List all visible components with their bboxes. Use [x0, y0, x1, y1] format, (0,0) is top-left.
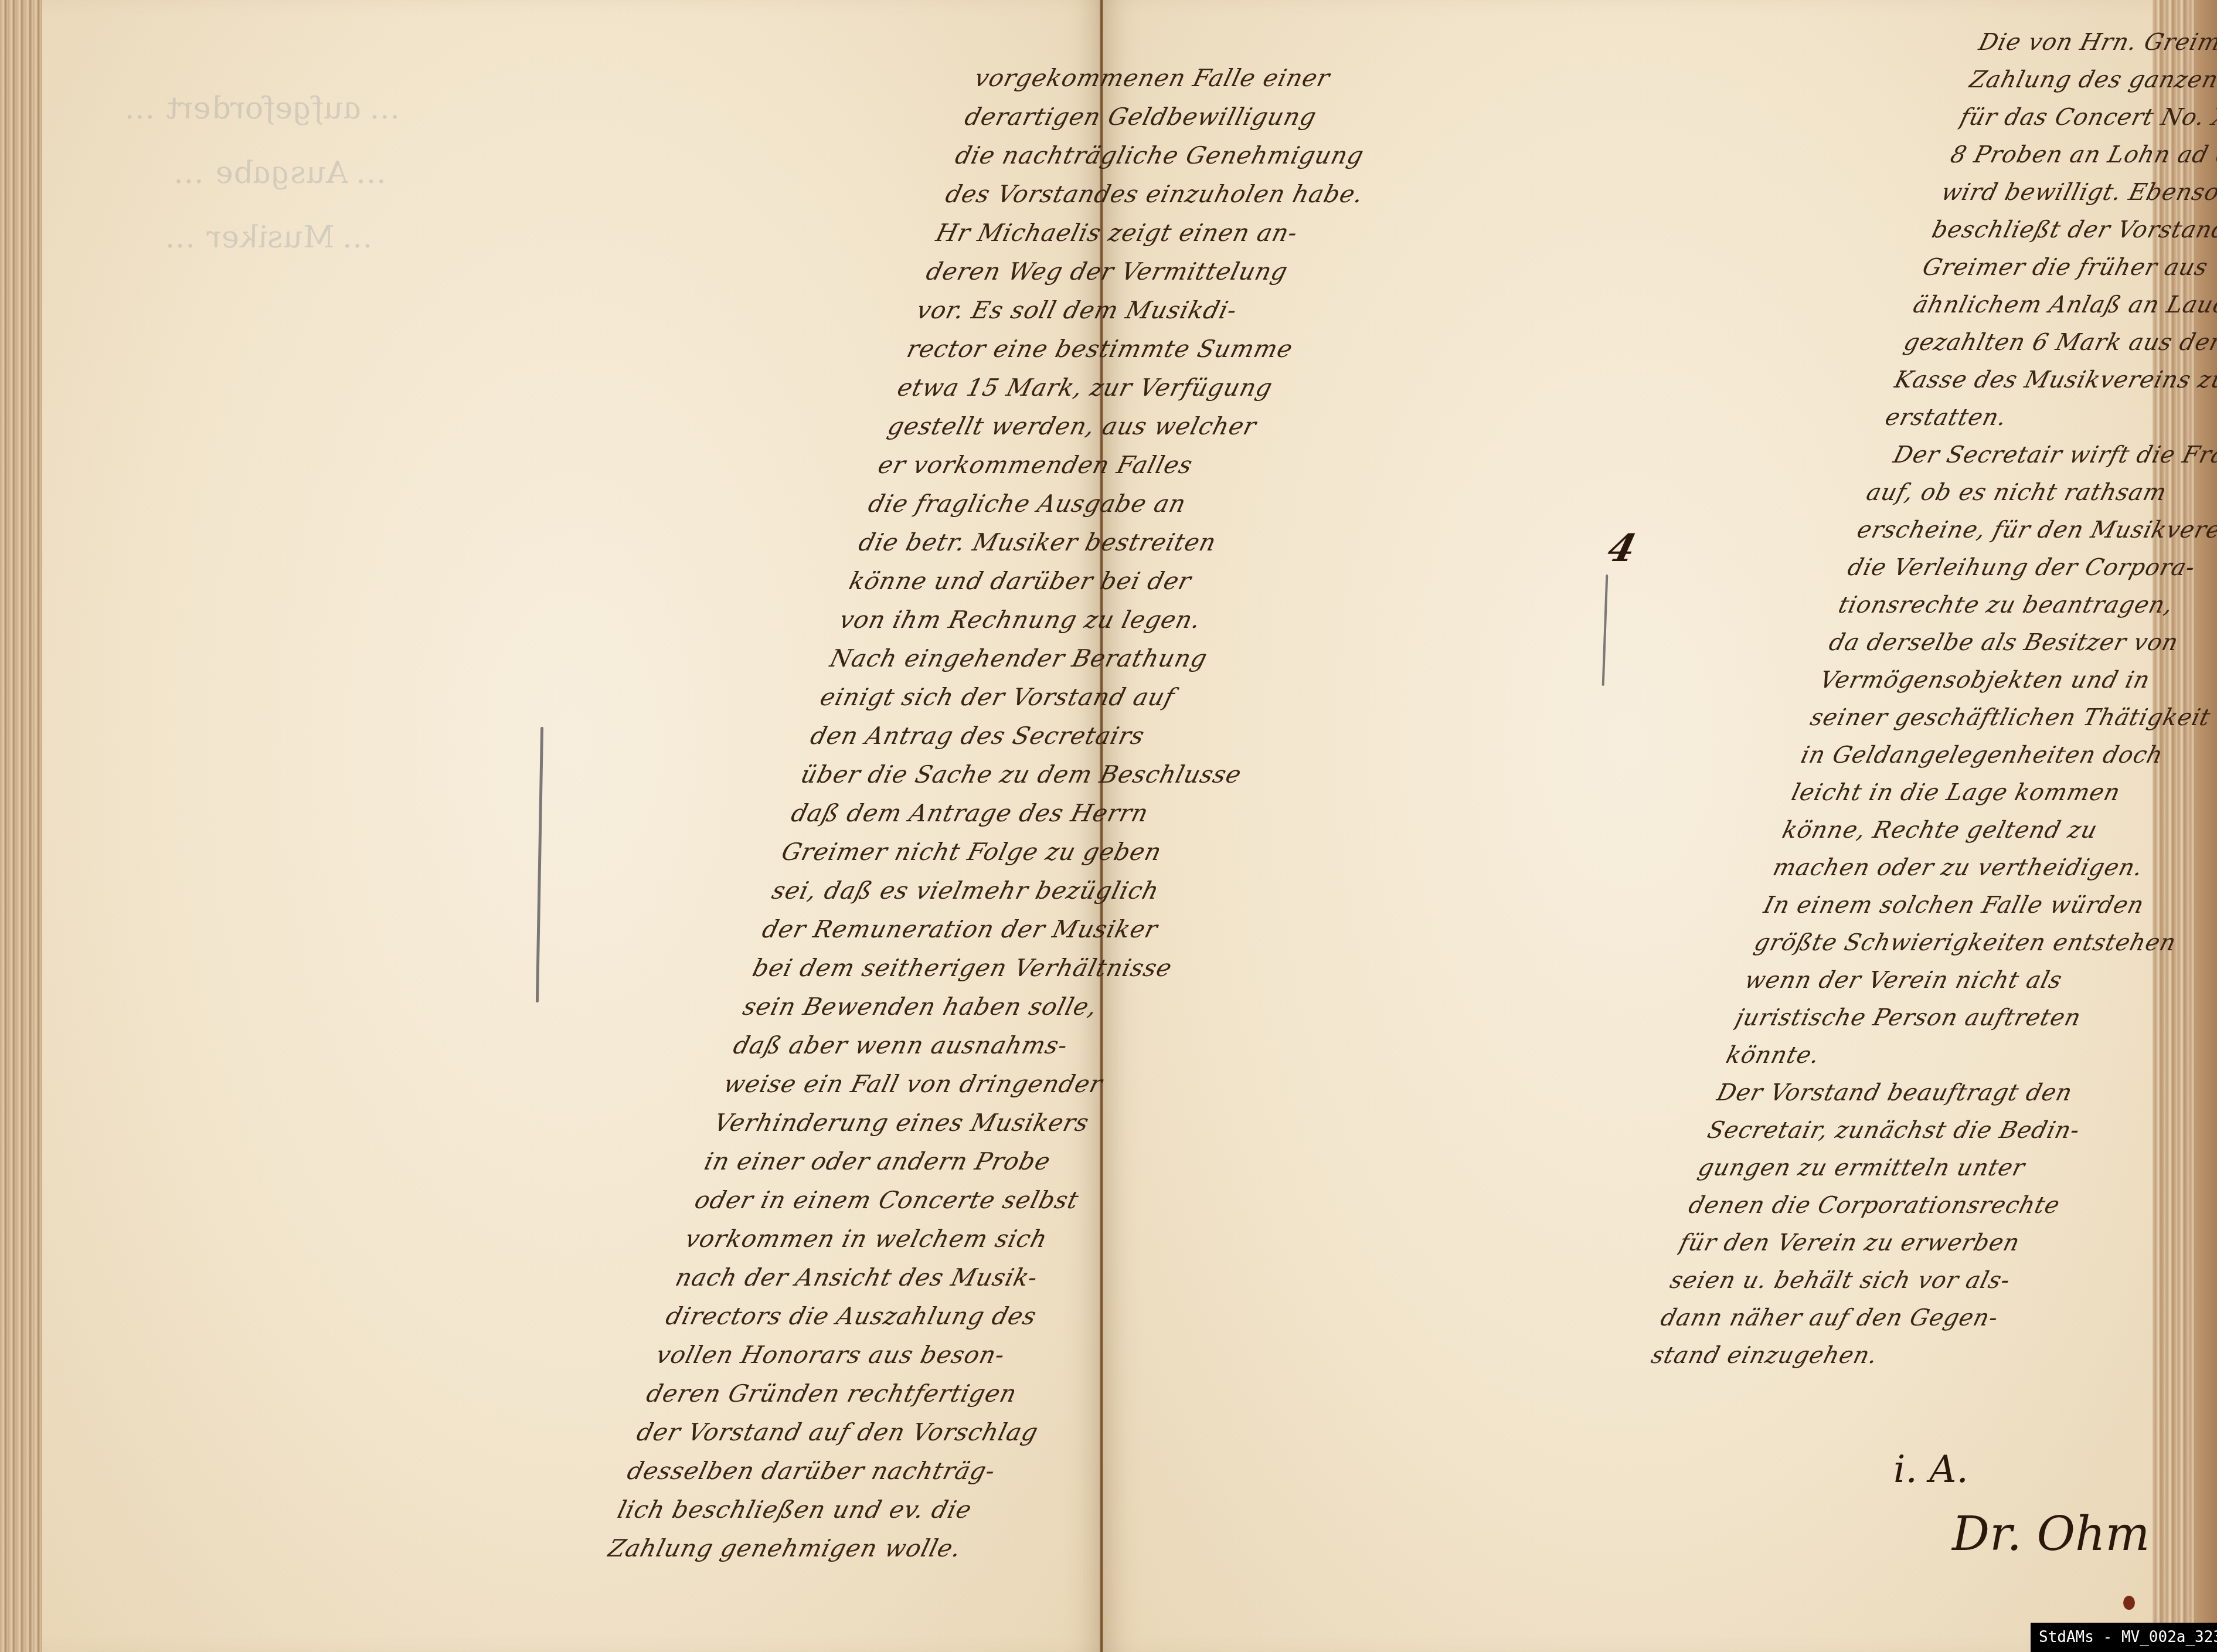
bleed-line: … Musiker … — [92, 205, 381, 270]
bleed-through-left: … aufgefordert … … Ausgabe … … Musiker … — [92, 76, 409, 270]
manuscript-line: vorgekommenen Falle einer — [970, 59, 1460, 97]
manuscript-line: gezahlten 6 Mark aus der — [1900, 324, 2217, 361]
manuscript-line: beschließt der Vorstand, dem — [1928, 211, 2217, 249]
manuscript-line: machen oder zu vertheidigen. — [1769, 849, 2217, 886]
manuscript-line: die nachträgliche Genehmigung — [951, 136, 1441, 175]
manuscript-line: Verhinderung eines Musikers — [710, 1103, 1200, 1142]
manuscript-line: Die von Hrn. Greimer gewünschte — [1974, 23, 2217, 61]
manuscript-line: Nach eingehender Berathung — [825, 639, 1315, 678]
manuscript-line: rector eine bestimmte Summe — [903, 329, 1393, 368]
manuscript-line: größte Schwierigkeiten entstehen — [1750, 924, 2217, 961]
manuscript-line: seiner geschäftlichen Thätigkeit — [1806, 699, 2217, 736]
manuscript-line: könnte. — [1722, 1036, 2217, 1074]
manuscript-line: erstatten. — [1881, 399, 2217, 436]
manuscript-line: des Vorstandes einzuholen habe. — [941, 175, 1431, 213]
manuscript-line: Vermögensobjekten und in — [1815, 661, 2217, 699]
manuscript-line: gungen zu ermitteln unter — [1694, 1149, 2208, 1187]
manuscript-line: von ihm Rechnung zu legen. — [835, 600, 1325, 639]
manuscript-line: erscheine, für den Musikverein — [1853, 511, 2217, 549]
manuscript-line: er vorkommenden Falles — [874, 446, 1364, 484]
manuscript-line: der Remuneration der Musiker — [758, 910, 1248, 949]
manuscript-line: dann näher auf den Gegen- — [1657, 1299, 2170, 1337]
manuscript-line: der Vorstand auf den Vorschlag — [633, 1413, 1123, 1452]
manuscript-line: juristische Person auftreten — [1732, 999, 2217, 1036]
manuscript-line: sei, daß es vielmehr bezüglich — [768, 871, 1258, 910]
manuscript-line: Greimer nicht Folge zu geben — [777, 832, 1267, 871]
manuscript-line: desselben darüber nachträg- — [623, 1452, 1113, 1490]
manuscript-line: bei dem seitherigen Verhältnisse — [749, 949, 1239, 987]
manuscript-line: daß dem Antrage des Herrn — [787, 794, 1277, 832]
manuscript-line: gestellt werden, aus welcher — [883, 407, 1373, 446]
manuscript-line: für das Concert No. X nebst — [1956, 98, 2217, 136]
manuscript-line: wird bewilligt. Ebenso — [1937, 174, 2217, 211]
manuscript-line: In einem solchen Falle würden — [1759, 886, 2217, 924]
manuscript-line: oder in einem Concerte selbst — [691, 1181, 1181, 1219]
page-block-edge-left — [0, 0, 42, 1652]
manuscript-line: denen die Corporationsrechte — [1685, 1187, 2198, 1224]
manuscript-line: Kasse des Musikvereins zu — [1890, 361, 2217, 399]
manuscript-line: für den Verein zu erwerben — [1675, 1224, 2189, 1262]
manuscript-line: einigt sich der Vorstand auf — [816, 678, 1306, 716]
manuscript-line: directors die Auszahlung des — [662, 1297, 1152, 1335]
manuscript-line: vorkommen in welchem sich — [681, 1219, 1171, 1258]
manuscript-line: stand einzugehen. — [1647, 1337, 2161, 1374]
bleed-line: … Ausgabe … — [106, 141, 395, 205]
manuscript-line: die fragliche Ausgabe an — [864, 484, 1354, 523]
manuscript-line: Der Vorstand beauftragt den — [1713, 1074, 2217, 1111]
manuscript-line: deren Gründen rechtfertigen — [642, 1374, 1133, 1413]
manuscript-line: Greimer die früher aus — [1919, 249, 2217, 286]
manuscript-line: wenn der Verein nicht als — [1741, 961, 2217, 999]
manuscript-line: deren Weg der Vermittelung — [922, 252, 1412, 291]
manuscript-line: in Geldangelegenheiten doch — [1797, 736, 2217, 774]
archive-caption: StdAMs - MV_002a_323 — [2031, 1623, 2217, 1652]
signoff-abbreviation: i. A. — [1893, 1448, 1968, 1491]
manuscript-line: Zahlung des ganzen Betrages — [1966, 61, 2217, 98]
manuscript-line: über die Sache zu dem Beschlusse — [797, 755, 1287, 794]
manuscript-line: sein Bewenden haben solle, — [739, 987, 1229, 1026]
ink-stain — [2123, 1596, 2135, 1610]
manuscript-line: Der Secretair wirft die Frage — [1872, 436, 2217, 474]
manuscript-line: ähnlichem Anlaß an Lauch — [1909, 286, 2217, 324]
manuscript-line: daß aber wenn ausnahms- — [729, 1026, 1219, 1065]
manuscript-spread: … aufgefordert … … Ausgabe … … Musiker …… — [0, 0, 2217, 1652]
manuscript-line: vollen Honorars aus beson- — [652, 1335, 1142, 1374]
manuscript-line: Zahlung genehmigen wolle. — [604, 1529, 1094, 1568]
manuscript-line: den Antrag des Secretairs — [807, 716, 1297, 755]
manuscript-line: vor. Es soll dem Musikdi- — [913, 291, 1403, 329]
manuscript-line: nach der Ansicht des Musik- — [671, 1258, 1161, 1297]
manuscript-line: tionsrechte zu beantragen, — [1834, 586, 2217, 624]
signature: Dr. Ohm — [1952, 1507, 2150, 1561]
manuscript-line: da derselbe als Besitzer von — [1825, 624, 2217, 661]
manuscript-line: die Verleihung der Corpora- — [1844, 549, 2217, 586]
manuscript-line: in einer oder andern Probe — [701, 1142, 1191, 1181]
manuscript-line: die betr. Musiker bestreiten — [855, 523, 1345, 562]
manuscript-line: Secretair, zunächst die Bedin- — [1703, 1111, 2217, 1149]
manuscript-line: könne, Rechte geltend zu — [1778, 811, 2217, 849]
manuscript-line: 8 Proben an Lohn ad 6 Mark — [1947, 136, 2217, 174]
manuscript-line: könne und darüber bei der — [845, 562, 1335, 600]
manuscript-line: weise ein Fall von dringender — [719, 1065, 1209, 1103]
bleed-line: … aufgefordert … — [120, 76, 409, 141]
manuscript-line: leicht in die Lage kommen — [1787, 774, 2217, 811]
manuscript-line: auf, ob es nicht rathsam — [1862, 474, 2217, 511]
manuscript-line: Hr Michaelis zeigt einen an- — [931, 213, 1422, 252]
manuscript-line: seien u. behält sich vor als- — [1666, 1262, 2179, 1299]
manuscript-line: derartigen Geldbewilligung — [961, 97, 1451, 136]
manuscript-line: etwa 15 Mark, zur Verfügung — [893, 368, 1383, 407]
manuscript-line: lich beschließen und ev. die — [613, 1490, 1103, 1529]
